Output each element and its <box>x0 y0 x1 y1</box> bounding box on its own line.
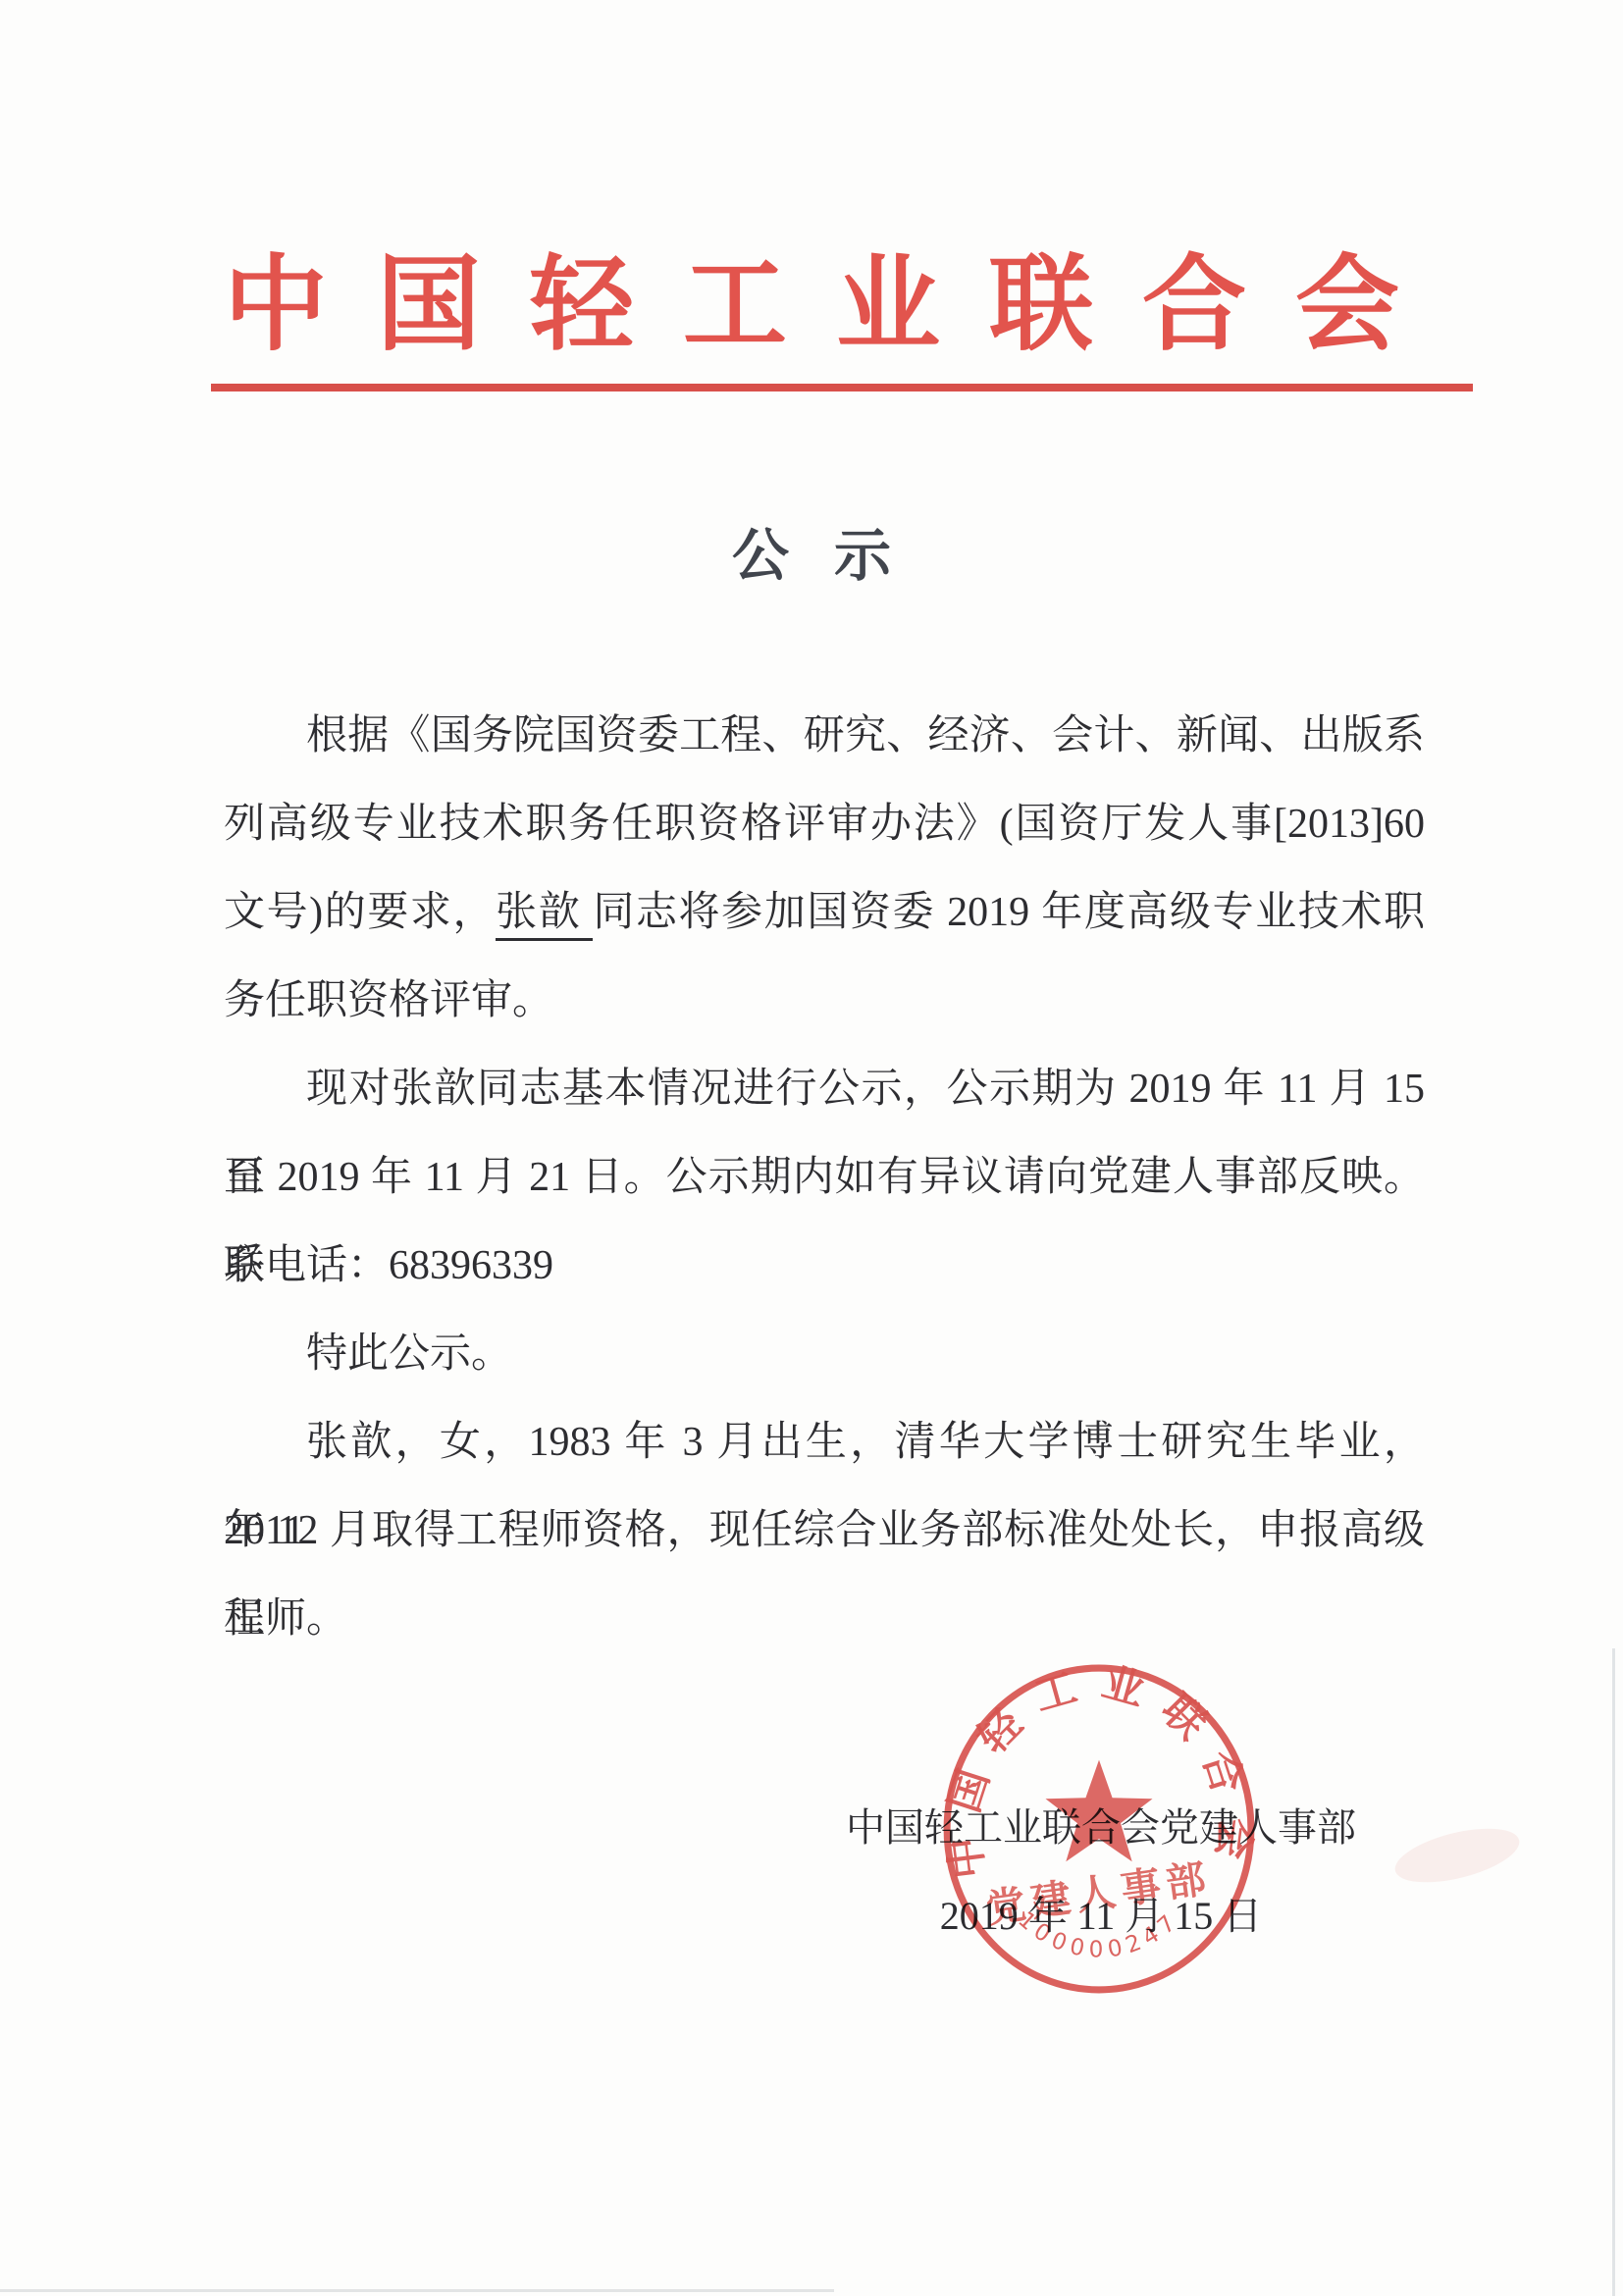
scan-edge-artifact <box>1612 1648 1615 2296</box>
body-line: 程师。 <box>224 1575 1425 1663</box>
seal-star-icon <box>1045 1760 1152 1862</box>
body-line: 现对张歆同志基本情况进行公示，公示期为 2019 年 11 月 15 日 <box>224 1045 1425 1133</box>
document-body: 根据《国务院国资委工程、研究、经济、会计、新闻、出版系 列高级专业技术职务任职资… <box>224 692 1425 1663</box>
body-line: 系电话：68396339 <box>224 1222 1425 1310</box>
body-text-segment: 同志将参加国资委 2019 年度高级专业技术职 <box>593 890 1425 935</box>
body-line: 文号)的要求，张歆 同志将参加国资委 2019 年度高级专业技术职 <box>224 868 1425 957</box>
body-line: 特此公示。 <box>224 1310 1425 1398</box>
body-text-segment: 文号)的要求， <box>224 890 496 935</box>
scan-edge-artifact <box>0 2289 834 2292</box>
body-line: 至 2019 年 11 月 21 日。公示期内如有异议请向党建人事部反映。联 <box>224 1133 1425 1222</box>
body-line: 列高级专业技术职务任职资格评审办法》(国资厅发人事[2013]60 <box>224 780 1425 868</box>
document-title: 公示 <box>0 520 1623 593</box>
announcement-page: 中国轻工业联合会 公示 根据《国务院国资委工程、研究、经济、会计、新闻、出版系 … <box>0 0 1623 2296</box>
body-line: 务任职资格评审。 <box>224 957 1425 1045</box>
scan-smudge <box>1389 1818 1524 1893</box>
official-seal: 中国轻工业联合会 党建人事部 11000002475 <box>930 1658 1268 2000</box>
letterhead-rule <box>211 384 1473 391</box>
applicant-name-underlined: 张歆 <box>496 890 593 941</box>
body-line: 年 12 月取得工程师资格，现任综合业务部标准处处长，申报高级工 <box>224 1487 1425 1575</box>
body-line: 根据《国务院国资委工程、研究、经济、会计、新闻、出版系 <box>224 692 1425 780</box>
letterhead-title: 中国轻工业联合会 <box>0 241 1623 371</box>
body-line: 张歆，女，1983 年 3 月出生，清华大学博士研究生毕业，2011 <box>224 1398 1425 1487</box>
